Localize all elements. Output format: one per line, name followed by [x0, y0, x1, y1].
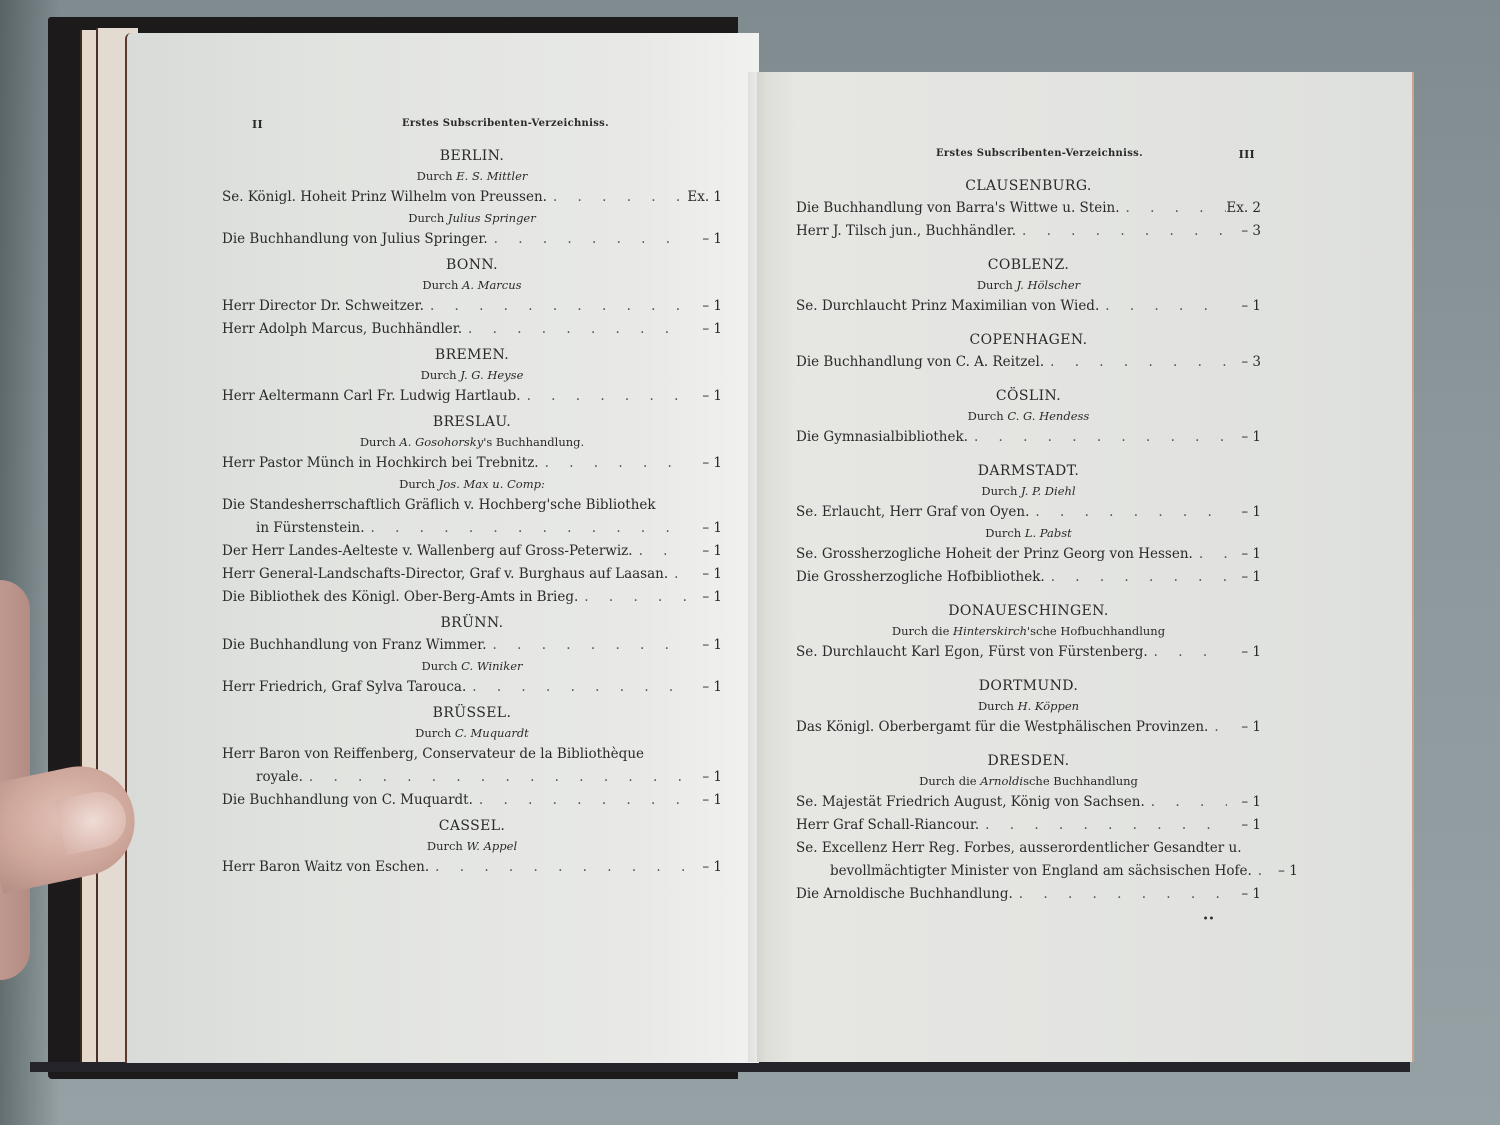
subscriber-entry: Se. Excellenz Herr Reg. Forbes, ausseror…: [796, 837, 1261, 860]
subscriber-name: Se. Durchlaucht Prinz Maximilian von Wie…: [796, 295, 1099, 318]
subscriber-name: Die Arnoldische Buchhandlung.: [796, 883, 1013, 906]
subscriber-entry: Herr Pastor Münch in Hochkirch bei Trebn…: [222, 452, 722, 475]
leader-dots: [365, 517, 688, 540]
section-gap: [796, 243, 1261, 251]
copies-count: – 1: [688, 540, 722, 563]
via-name: J. G. Heyse: [460, 368, 523, 382]
leader-dots: [1252, 860, 1264, 883]
copies-count: – 1: [688, 452, 722, 475]
copies-count: – 1: [688, 295, 722, 318]
subscriber-name: Herr Aeltermann Carl Fr. Ludwig Hartlaub…: [222, 385, 521, 408]
via-prefix: Durch: [977, 278, 1013, 292]
section-gap: [796, 906, 1261, 914]
subscriber-entry-continuation: bevollmächtigter Minister von England am…: [796, 860, 1261, 883]
via-name: A. Marcus: [462, 278, 522, 292]
leader-dots: [578, 586, 688, 609]
via-name: C. Winiker: [461, 659, 522, 673]
subscriber-entry-continuation: in Fürstenstein.– 1: [222, 517, 722, 540]
copies-count: – 1: [688, 766, 722, 789]
city-heading: BONN.: [222, 255, 722, 276]
via-prefix: Durch: [399, 477, 435, 491]
right-sections: CLAUSENBURG.Die Buchhandlung von Barra's…: [796, 176, 1261, 914]
subscriber-entry: Se. Durchlaucht Prinz Maximilian von Wie…: [796, 295, 1261, 318]
leader-dots: [547, 186, 687, 209]
section-gap: [796, 374, 1261, 382]
subscriber-name: Der Herr Landes-Aelteste v. Wallenberg a…: [222, 540, 633, 563]
copies-count: – 3: [1227, 220, 1261, 243]
city-heading: DONAUESCHINGEN.: [796, 601, 1261, 622]
subscriber-name: Se. Excellenz Herr Reg. Forbes, ausseror…: [796, 837, 1241, 860]
via-name: Hinterskirch: [953, 624, 1027, 638]
via-prefix: Durch: [415, 726, 451, 740]
via-bookseller: Durch C. G. Hendess: [796, 407, 1261, 426]
leader-dots: [1120, 197, 1227, 220]
right-running-head: Erstes Subscribenten-Verzeichniss. III: [796, 148, 1261, 172]
copies-count: – 1: [1227, 791, 1261, 814]
leader-dots: [1099, 295, 1227, 318]
via-suffix: 'sche Hofbuchhandlung: [1027, 624, 1165, 638]
subscriber-entry: Herr Baron von Reiffenberg, Conservateur…: [222, 743, 722, 766]
leader-dots: [979, 814, 1227, 837]
left-sections: BERLIN.Durch E. S. MittlerSe. Königl. Ho…: [222, 146, 722, 879]
subscriber-name: Herr Adolph Marcus, Buchhändler.: [222, 318, 462, 341]
via-bookseller: Durch die Arnoldische Buchhandlung: [796, 772, 1261, 791]
subscriber-name: Herr J. Tilsch jun., Buchhändler.: [796, 220, 1016, 243]
subscriber-entry: Die Arnoldische Buchhandlung.– 1: [796, 883, 1261, 906]
copies-count: – 1: [1227, 426, 1261, 449]
via-bookseller: Durch W. Appel: [222, 837, 722, 856]
leader-dots: [668, 563, 688, 586]
copies-count: – 1: [1227, 543, 1261, 566]
leader-dots: [473, 789, 688, 812]
subscriber-name: Se. Majestät Friedrich August, König von…: [796, 791, 1145, 814]
page-number: III: [1239, 148, 1255, 161]
subscriber-entry: Die Bibliothek des Königl. Ober-Berg-Amt…: [222, 586, 722, 609]
subscriber-entry: Herr General-Landschafts-Director, Graf …: [222, 563, 722, 586]
via-prefix: Durch: [427, 839, 463, 853]
subscriber-name: Die Buchhandlung von Barra's Wittwe u. S…: [796, 197, 1120, 220]
via-prefix: Durch: [422, 278, 458, 292]
copies-count: – 1: [1227, 566, 1261, 589]
section-gap: [796, 664, 1261, 672]
copies-count: – 1: [1227, 501, 1261, 524]
via-name: C. Muquardt: [455, 726, 529, 740]
copies-count: – 1: [688, 676, 722, 699]
subscriber-name: Die Buchhandlung von Franz Wimmer.: [222, 634, 487, 657]
footer-mark: ••: [796, 914, 1261, 925]
city-heading: BERLIN.: [222, 146, 722, 167]
via-prefix: Durch: [422, 659, 458, 673]
page-number: II: [252, 118, 263, 131]
subscriber-entry: Die Buchhandlung von Barra's Wittwe u. S…: [796, 197, 1261, 220]
subscriber-entry: Der Herr Landes-Aelteste v. Wallenberg a…: [222, 540, 722, 563]
subscriber-name: Herr Friedrich, Graf Sylva Tarouca.: [222, 676, 466, 699]
via-name: C. G. Hendess: [1007, 409, 1089, 423]
via-prefix: Durch: [408, 211, 444, 225]
subscriber-entry: Herr Adolph Marcus, Buchhändler.– 1: [222, 318, 722, 341]
leader-dots: [487, 634, 688, 657]
city-heading: CÖSLIN.: [796, 386, 1261, 407]
running-head-title: Erstes Subscribenten-Verzeichniss.: [402, 118, 609, 129]
copies-count: – 1: [688, 228, 722, 251]
via-bookseller: Durch Jos. Max u. Comp:: [222, 475, 722, 494]
leader-dots: [303, 766, 688, 789]
section-gap: [796, 449, 1261, 457]
subscriber-entry: Se. Durchlaucht Karl Egon, Fürst von Für…: [796, 641, 1261, 664]
city-heading: BREMEN.: [222, 345, 722, 366]
subscriber-entry: Herr Friedrich, Graf Sylva Tarouca.– 1: [222, 676, 722, 699]
leader-dots: [429, 856, 688, 879]
subscriber-name: Se. Königl. Hoheit Prinz Wilhelm von Pre…: [222, 186, 547, 209]
subscriber-entry: Herr Director Dr. Schweitzer.– 1: [222, 295, 722, 318]
leader-dots: [521, 385, 688, 408]
leader-dots: [462, 318, 688, 341]
subscriber-name: Herr Graf Schall-Riancour.: [796, 814, 979, 837]
copies-count: – 1: [688, 517, 722, 540]
section-gap: [796, 739, 1261, 747]
via-bookseller: Durch J. P. Diehl: [796, 482, 1261, 501]
city-heading: CLAUSENBURG.: [796, 176, 1261, 197]
via-name: W. Appel: [467, 839, 518, 853]
subscriber-name-continuation: royale.: [256, 766, 303, 789]
via-bookseller: Durch H. Köppen: [796, 697, 1261, 716]
leader-dots: [466, 676, 688, 699]
book-bottom-edge: [30, 1062, 1410, 1072]
city-heading: DORTMUND.: [796, 676, 1261, 697]
subscriber-name: Herr Baron von Reiffenberg, Conservateur…: [222, 743, 644, 766]
city-heading: DARMSTADT.: [796, 461, 1261, 482]
subscriber-name: Se. Grossherzogliche Hoheit der Prinz Ge…: [796, 543, 1193, 566]
leader-dots: [488, 228, 688, 251]
subscriber-entry: Se. Königl. Hoheit Prinz Wilhelm von Pre…: [222, 186, 722, 209]
via-bookseller: Durch J. G. Heyse: [222, 366, 722, 385]
copies-count: – 1: [688, 634, 722, 657]
subscriber-entry: Die Buchhandlung von C. Muquardt.– 1: [222, 789, 722, 812]
leader-dots: [1029, 501, 1227, 524]
subscriber-entry: Die Grossherzogliche Hofbibliothek.– 1: [796, 566, 1261, 589]
subscriber-name: Herr General-Landschafts-Director, Graf …: [222, 563, 668, 586]
copies-count: – 3: [1227, 351, 1261, 374]
subscriber-entry: Das Königl. Oberbergamt für die Westphäl…: [796, 716, 1261, 739]
leader-dots: [1044, 351, 1227, 374]
via-prefix: Durch: [978, 699, 1014, 713]
subscriber-name: Die Buchhandlung von C. Muquardt.: [222, 789, 473, 812]
subscriber-name: Die Bibliothek des Königl. Ober-Berg-Amt…: [222, 586, 578, 609]
copies-count: Ex. 1: [687, 186, 722, 209]
left-page-text: II Erstes Subscribenten-Verzeichniss. BE…: [222, 118, 722, 879]
right-page-text: Erstes Subscribenten-Verzeichniss. III C…: [796, 148, 1261, 925]
city-heading: CASSEL.: [222, 816, 722, 837]
via-prefix: Durch die: [892, 624, 949, 638]
subscriber-name: Se. Durchlaucht Karl Egon, Fürst von Für…: [796, 641, 1148, 664]
copies-count: – 1: [688, 789, 722, 812]
subscriber-name: Das Königl. Oberbergamt für die Westphäl…: [796, 716, 1208, 739]
subscriber-name: Die Gymnasialbibliothek.: [796, 426, 968, 449]
section-gap: [796, 589, 1261, 597]
subscriber-name: Die Standesherrschaftlich Gräflich v. Ho…: [222, 494, 656, 517]
subscriber-name: Se. Erlaucht, Herr Graf von Oyen.: [796, 501, 1029, 524]
subscriber-name: Die Grossherzogliche Hofbibliothek.: [796, 566, 1045, 589]
via-prefix: Durch die: [919, 774, 976, 788]
leader-dots: [1193, 543, 1227, 566]
via-name: L. Pabst: [1025, 526, 1072, 540]
via-name: Jos. Max u. Comp:: [439, 477, 545, 491]
city-heading: DRESDEN.: [796, 751, 1261, 772]
via-bookseller: Durch J. Hölscher: [796, 276, 1261, 295]
via-bookseller: Durch E. S. Mittler: [222, 167, 722, 186]
subscriber-name-continuation: in Fürstenstein.: [256, 517, 365, 540]
via-name: J. P. Diehl: [1021, 484, 1076, 498]
via-bookseller: Durch C. Muquardt: [222, 724, 722, 743]
via-name: Arnoldi: [980, 774, 1023, 788]
leader-dots: [1013, 883, 1227, 906]
subscriber-entry-continuation: royale.– 1: [222, 766, 722, 789]
subscriber-entry: Die Gymnasialbibliothek.– 1: [796, 426, 1261, 449]
copies-count: – 1: [688, 563, 722, 586]
subscriber-entry: Die Buchhandlung von Julius Springer.– 1: [222, 228, 722, 251]
copies-count: – 1: [688, 856, 722, 879]
book-gutter: [748, 72, 766, 1062]
via-bookseller: Durch die Hinterskirch'sche Hofbuchhandl…: [796, 622, 1261, 641]
via-suffix: 's Buchhandlung.: [483, 435, 584, 449]
leader-dots: [1145, 791, 1227, 814]
copies-count: – 1: [688, 318, 722, 341]
leader-dots: [1016, 220, 1227, 243]
city-heading: BRÜNN.: [222, 613, 722, 634]
via-bookseller: Durch Julius Springer: [222, 209, 722, 228]
via-name: H. Köppen: [1018, 699, 1079, 713]
subscriber-entry: Die Standesherrschaftlich Gräflich v. Ho…: [222, 494, 722, 517]
via-prefix: Durch: [360, 435, 396, 449]
subscriber-name: Herr Director Dr. Schweitzer.: [222, 295, 424, 318]
via-name: E. S. Mittler: [456, 169, 527, 183]
copies-count: Ex. 2: [1226, 197, 1261, 220]
via-prefix: Durch: [981, 484, 1017, 498]
via-bookseller: Durch A. Marcus: [222, 276, 722, 295]
copies-count: – 1: [688, 586, 722, 609]
copies-count: – 1: [1264, 860, 1298, 883]
subscriber-entry: Herr Aeltermann Carl Fr. Ludwig Hartlaub…: [222, 385, 722, 408]
city-heading: COBLENZ.: [796, 255, 1261, 276]
city-heading: BRESLAU.: [222, 412, 722, 433]
via-name: A. Gosohorsky: [399, 435, 483, 449]
via-prefix: Durch: [421, 368, 457, 382]
subscriber-name: Herr Pastor Münch in Hochkirch bei Trebn…: [222, 452, 539, 475]
via-prefix: Durch: [417, 169, 453, 183]
via-suffix: sche Buchhandlung: [1023, 774, 1138, 788]
via-prefix: Durch: [968, 409, 1004, 423]
via-name: J. Hölscher: [1016, 278, 1080, 292]
subscriber-entry: Herr J. Tilsch jun., Buchhändler.– 3: [796, 220, 1261, 243]
subscriber-entry: Die Buchhandlung von C. A. Reitzel.– 3: [796, 351, 1261, 374]
leader-dots: [424, 295, 688, 318]
subscriber-entry: Herr Baron Waitz von Eschen.– 1: [222, 856, 722, 879]
copies-count: – 1: [1227, 883, 1261, 906]
leader-dots: [1208, 716, 1227, 739]
section-gap: [796, 318, 1261, 326]
copies-count: – 1: [1227, 641, 1261, 664]
left-running-head: II Erstes Subscribenten-Verzeichniss.: [222, 118, 722, 142]
subscriber-name: Die Buchhandlung von Julius Springer.: [222, 228, 488, 251]
city-heading: COPENHAGEN.: [796, 330, 1261, 351]
subscriber-name: Herr Baron Waitz von Eschen.: [222, 856, 429, 879]
copies-count: – 1: [688, 385, 722, 408]
running-head-title: Erstes Subscribenten-Verzeichniss.: [936, 148, 1143, 159]
copies-count: – 1: [1227, 295, 1261, 318]
subscriber-name-continuation: bevollmächtigter Minister von England am…: [830, 860, 1252, 883]
subscriber-entry: Se. Erlaucht, Herr Graf von Oyen.– 1: [796, 501, 1261, 524]
subscriber-entry: Se. Majestät Friedrich August, König von…: [796, 791, 1261, 814]
via-name: Julius Springer: [448, 211, 536, 225]
leader-dots: [968, 426, 1227, 449]
subscriber-name: Die Buchhandlung von C. A. Reitzel.: [796, 351, 1044, 374]
via-bookseller: Durch C. Winiker: [222, 657, 722, 676]
city-heading: BRÜSSEL.: [222, 703, 722, 724]
subscriber-entry: Die Buchhandlung von Franz Wimmer.– 1: [222, 634, 722, 657]
leader-dots: [1148, 641, 1227, 664]
copies-count: – 1: [1227, 716, 1261, 739]
leader-dots: [539, 452, 688, 475]
via-prefix: Durch: [985, 526, 1021, 540]
leader-dots: [633, 540, 688, 563]
via-bookseller: Durch L. Pabst: [796, 524, 1261, 543]
leader-dots: [1045, 566, 1227, 589]
subscriber-entry: Se. Grossherzogliche Hoheit der Prinz Ge…: [796, 543, 1261, 566]
copies-count: – 1: [1227, 814, 1261, 837]
via-bookseller: Durch A. Gosohorsky's Buchhandlung.: [222, 433, 722, 452]
subscriber-entry: Herr Graf Schall-Riancour.– 1: [796, 814, 1261, 837]
